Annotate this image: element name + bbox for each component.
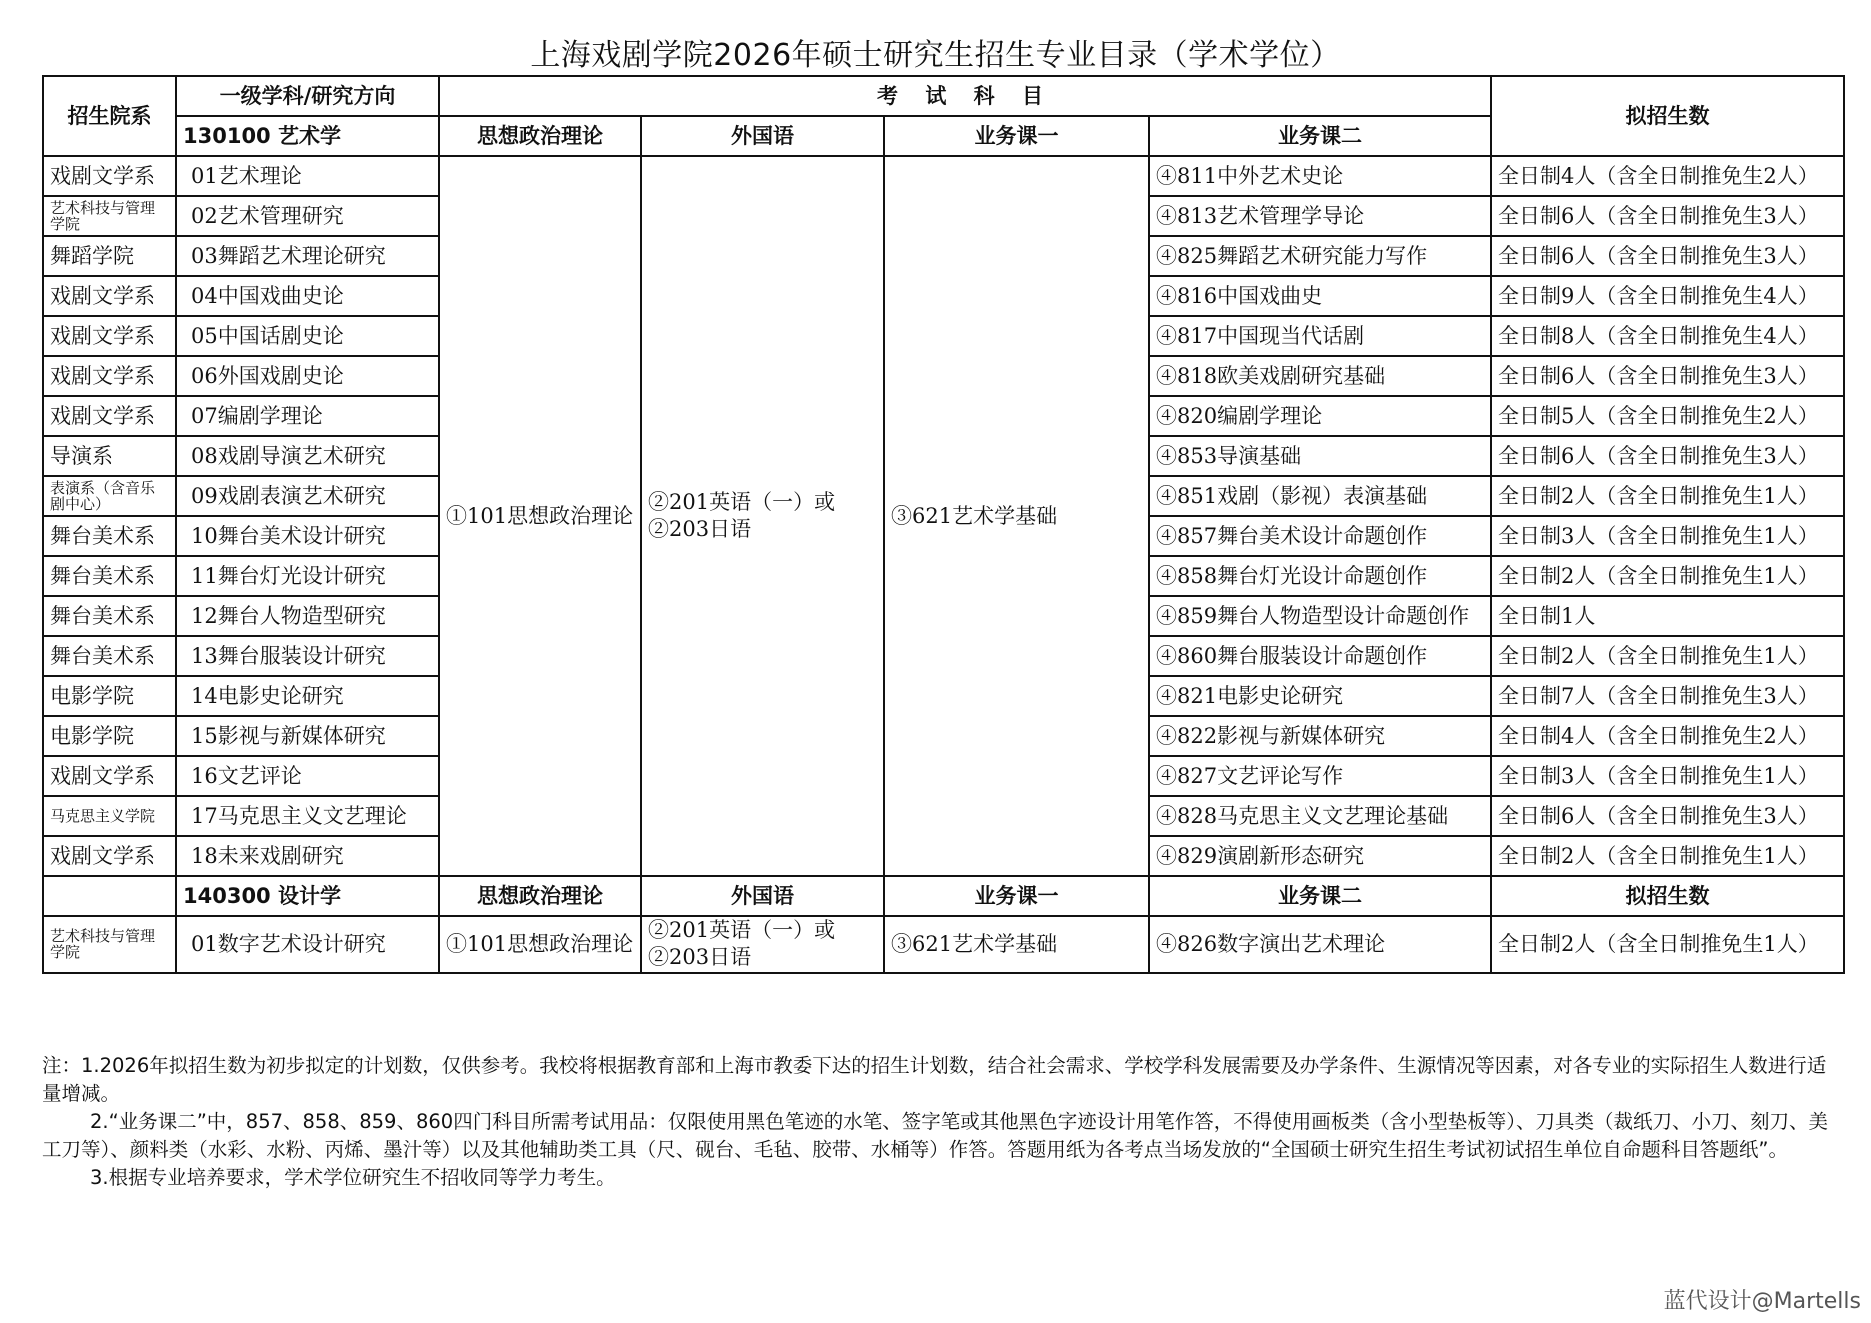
dept-cell: 艺术科技与管理学院	[43, 916, 176, 973]
dept-cell: 舞台美术系	[43, 596, 176, 636]
quota-cell: 全日制2人（含全日制推免生1人）	[1491, 556, 1844, 596]
dept-cell: 马克思主义学院	[43, 796, 176, 836]
quota-cell: 全日制2人（含全日制推免生1人）	[1491, 636, 1844, 676]
dept-cell: 电影学院	[43, 716, 176, 756]
header-course2: 业务课二	[1149, 116, 1491, 156]
course2-cell: ④827文艺评论写作	[1149, 756, 1491, 796]
quota-cell: 全日制5人（含全日制推免生2人）	[1491, 396, 1844, 436]
direction-cell: 03舞蹈艺术理论研究	[176, 236, 439, 276]
course1-cell: ③621艺术学基础	[884, 156, 1149, 876]
foreign-language-cell: ②201英语（一）或②203日语	[641, 156, 884, 876]
course2-cell: ④829演剧新形态研究	[1149, 836, 1491, 876]
foreign-language-option-2: ②203日语	[648, 516, 877, 543]
quota-cell: 全日制2人（含全日制推免生1人）	[1491, 476, 1844, 516]
course2-cell: ④817中国现当代话剧	[1149, 316, 1491, 356]
course2-cell: ④858舞台灯光设计命题创作	[1149, 556, 1491, 596]
watermark: 蓝代设计@Martells	[1664, 1284, 1861, 1315]
dept-cell: 戏剧文学系	[43, 396, 176, 436]
course2-cell: ④857舞台美术设计命题创作	[1149, 516, 1491, 556]
dept-cell: 电影学院	[43, 676, 176, 716]
quota-cell: 全日制6人（含全日制推免生3人）	[1491, 436, 1844, 476]
direction-cell: 15影视与新媒体研究	[176, 716, 439, 756]
header-quota: 拟招生数	[1491, 76, 1844, 156]
quota-cell: 全日制8人（含全日制推免生4人）	[1491, 316, 1844, 356]
header-quota: 拟招生数	[1491, 876, 1844, 916]
dept-cell: 舞台美术系	[43, 516, 176, 556]
empty-dept-header	[43, 876, 176, 916]
footnote-2: 2.“业务课二”中，857、858、859、860四门科目所需考试用品：仅限使用…	[42, 1108, 1842, 1164]
course2-cell: ④816中国戏曲史	[1149, 276, 1491, 316]
course2-cell: ④825舞蹈艺术研究能力写作	[1149, 236, 1491, 276]
course2-cell: ④822影视与新媒体研究	[1149, 716, 1491, 756]
dept-cell: 表演系（含音乐剧中心）	[43, 476, 176, 516]
quota-cell: 全日制6人（含全日制推免生3人）	[1491, 356, 1844, 396]
direction-cell: 17马克思主义文艺理论	[176, 796, 439, 836]
direction-cell: 12舞台人物造型研究	[176, 596, 439, 636]
header-dept: 招生院系	[43, 76, 176, 156]
foreign-language-cell: ②201英语（一）或②203日语	[641, 916, 884, 973]
dept-cell: 戏剧文学系	[43, 156, 176, 196]
header-row-1: 招生院系 一级学科/研究方向 考 试 科 目 拟招生数	[43, 76, 1844, 116]
course2-cell: ④821电影史论研究	[1149, 676, 1491, 716]
quota-cell: 全日制2人（含全日制推免生1人）	[1491, 836, 1844, 876]
section-header-row: 140300 设计学思想政治理论外国语业务课一业务课二拟招生数	[43, 876, 1844, 916]
header-foreign-language: 外国语	[641, 116, 884, 156]
dept-cell: 舞蹈学院	[43, 236, 176, 276]
dept-cell: 戏剧文学系	[43, 316, 176, 356]
header-course2: 业务课二	[1149, 876, 1491, 916]
course2-cell: ④859舞台人物造型设计命题创作	[1149, 596, 1491, 636]
quota-cell: 全日制9人（含全日制推免生4人）	[1491, 276, 1844, 316]
direction-cell: 01数字艺术设计研究	[176, 916, 439, 973]
politics-cell: ①101思想政治理论	[439, 916, 641, 973]
course1-cell: ③621艺术学基础	[884, 916, 1149, 973]
direction-cell: 10舞台美术设计研究	[176, 516, 439, 556]
major-code-art: 130100 艺术学	[176, 116, 439, 156]
course2-cell: ④813艺术管理学导论	[1149, 196, 1491, 236]
quota-cell: 全日制6人（含全日制推免生3人）	[1491, 796, 1844, 836]
dept-cell: 艺术科技与管理学院	[43, 196, 176, 236]
quota-cell: 全日制3人（含全日制推免生1人）	[1491, 756, 1844, 796]
dept-cell: 舞台美术系	[43, 636, 176, 676]
header-politics: 思想政治理论	[439, 116, 641, 156]
quota-cell: 全日制4人（含全日制推免生2人）	[1491, 156, 1844, 196]
politics-cell: ①101思想政治理论	[439, 156, 641, 876]
course2-cell: ④851戏剧（影视）表演基础	[1149, 476, 1491, 516]
quota-cell: 全日制3人（含全日制推免生1人）	[1491, 516, 1844, 556]
dept-cell: 舞台美术系	[43, 556, 176, 596]
quota-cell: 全日制4人（含全日制推免生2人）	[1491, 716, 1844, 756]
table-row: 艺术科技与管理学院01数字艺术设计研究①101思想政治理论②201英语（一）或②…	[43, 916, 1844, 973]
quota-cell: 全日制6人（含全日制推免生3人）	[1491, 196, 1844, 236]
course2-cell: ④826数字演出艺术理论	[1149, 916, 1491, 973]
header-politics: 思想政治理论	[439, 876, 641, 916]
direction-cell: 11舞台灯光设计研究	[176, 556, 439, 596]
quota-cell: 全日制1人	[1491, 596, 1844, 636]
direction-cell: 06外国戏剧史论	[176, 356, 439, 396]
direction-cell: 16文艺评论	[176, 756, 439, 796]
major-code: 140300 设计学	[176, 876, 439, 916]
dept-cell: 戏剧文学系	[43, 276, 176, 316]
course2-cell: ④853导演基础	[1149, 436, 1491, 476]
dept-cell: 戏剧文学系	[43, 836, 176, 876]
quota-cell: 全日制7人（含全日制推免生3人）	[1491, 676, 1844, 716]
direction-cell: 05中国话剧史论	[176, 316, 439, 356]
header-course1: 业务课一	[884, 116, 1149, 156]
header-foreign-language: 外国语	[641, 876, 884, 916]
header-course1: 业务课一	[884, 876, 1149, 916]
footnote-1: 注：1.2026年拟招生数为初步拟定的计划数，仅供参考。我校将根据教育部和上海市…	[42, 1052, 1842, 1108]
direction-cell: 01艺术理论	[176, 156, 439, 196]
course2-cell: ④818欧美戏剧研究基础	[1149, 356, 1491, 396]
footnote-3: 3.根据专业培养要求，学术学位研究生不招收同等学力考生。	[42, 1164, 1842, 1192]
direction-cell: 07编剧学理论	[176, 396, 439, 436]
course2-cell: ④860舞台服装设计命题创作	[1149, 636, 1491, 676]
course2-cell: ④811中外艺术史论	[1149, 156, 1491, 196]
header-exam-subjects: 考 试 科 目	[439, 76, 1491, 116]
admissions-catalog-table: 招生院系 一级学科/研究方向 考 试 科 目 拟招生数 130100 艺术学 思…	[42, 75, 1845, 974]
document-title: 上海戏剧学院2026年硕士研究生招生专业目录（学术学位）	[0, 30, 1871, 74]
table-row: 戏剧文学系01艺术理论①101思想政治理论②201英语（一）或②203日语③62…	[43, 156, 1844, 196]
direction-cell: 04中国戏曲史论	[176, 276, 439, 316]
dept-cell: 导演系	[43, 436, 176, 476]
foreign-language-option-2: ②203日语	[648, 944, 877, 971]
course2-cell: ④820编剧学理论	[1149, 396, 1491, 436]
foreign-language-option-1: ②201英语（一）或	[648, 489, 877, 516]
dept-cell: 戏剧文学系	[43, 756, 176, 796]
direction-cell: 14电影史论研究	[176, 676, 439, 716]
direction-cell: 13舞台服装设计研究	[176, 636, 439, 676]
header-discipline: 一级学科/研究方向	[176, 76, 439, 116]
direction-cell: 18未来戏剧研究	[176, 836, 439, 876]
direction-cell: 02艺术管理研究	[176, 196, 439, 236]
course2-cell: ④828马克思主义文艺理论基础	[1149, 796, 1491, 836]
foreign-language-option-1: ②201英语（一）或	[648, 917, 877, 944]
direction-cell: 09戏剧表演艺术研究	[176, 476, 439, 516]
quota-cell: 全日制2人（含全日制推免生1人）	[1491, 916, 1844, 973]
footnotes: 注：1.2026年拟招生数为初步拟定的计划数，仅供参考。我校将根据教育部和上海市…	[42, 1052, 1842, 1192]
direction-cell: 08戏剧导演艺术研究	[176, 436, 439, 476]
dept-cell: 戏剧文学系	[43, 356, 176, 396]
quota-cell: 全日制6人（含全日制推免生3人）	[1491, 236, 1844, 276]
